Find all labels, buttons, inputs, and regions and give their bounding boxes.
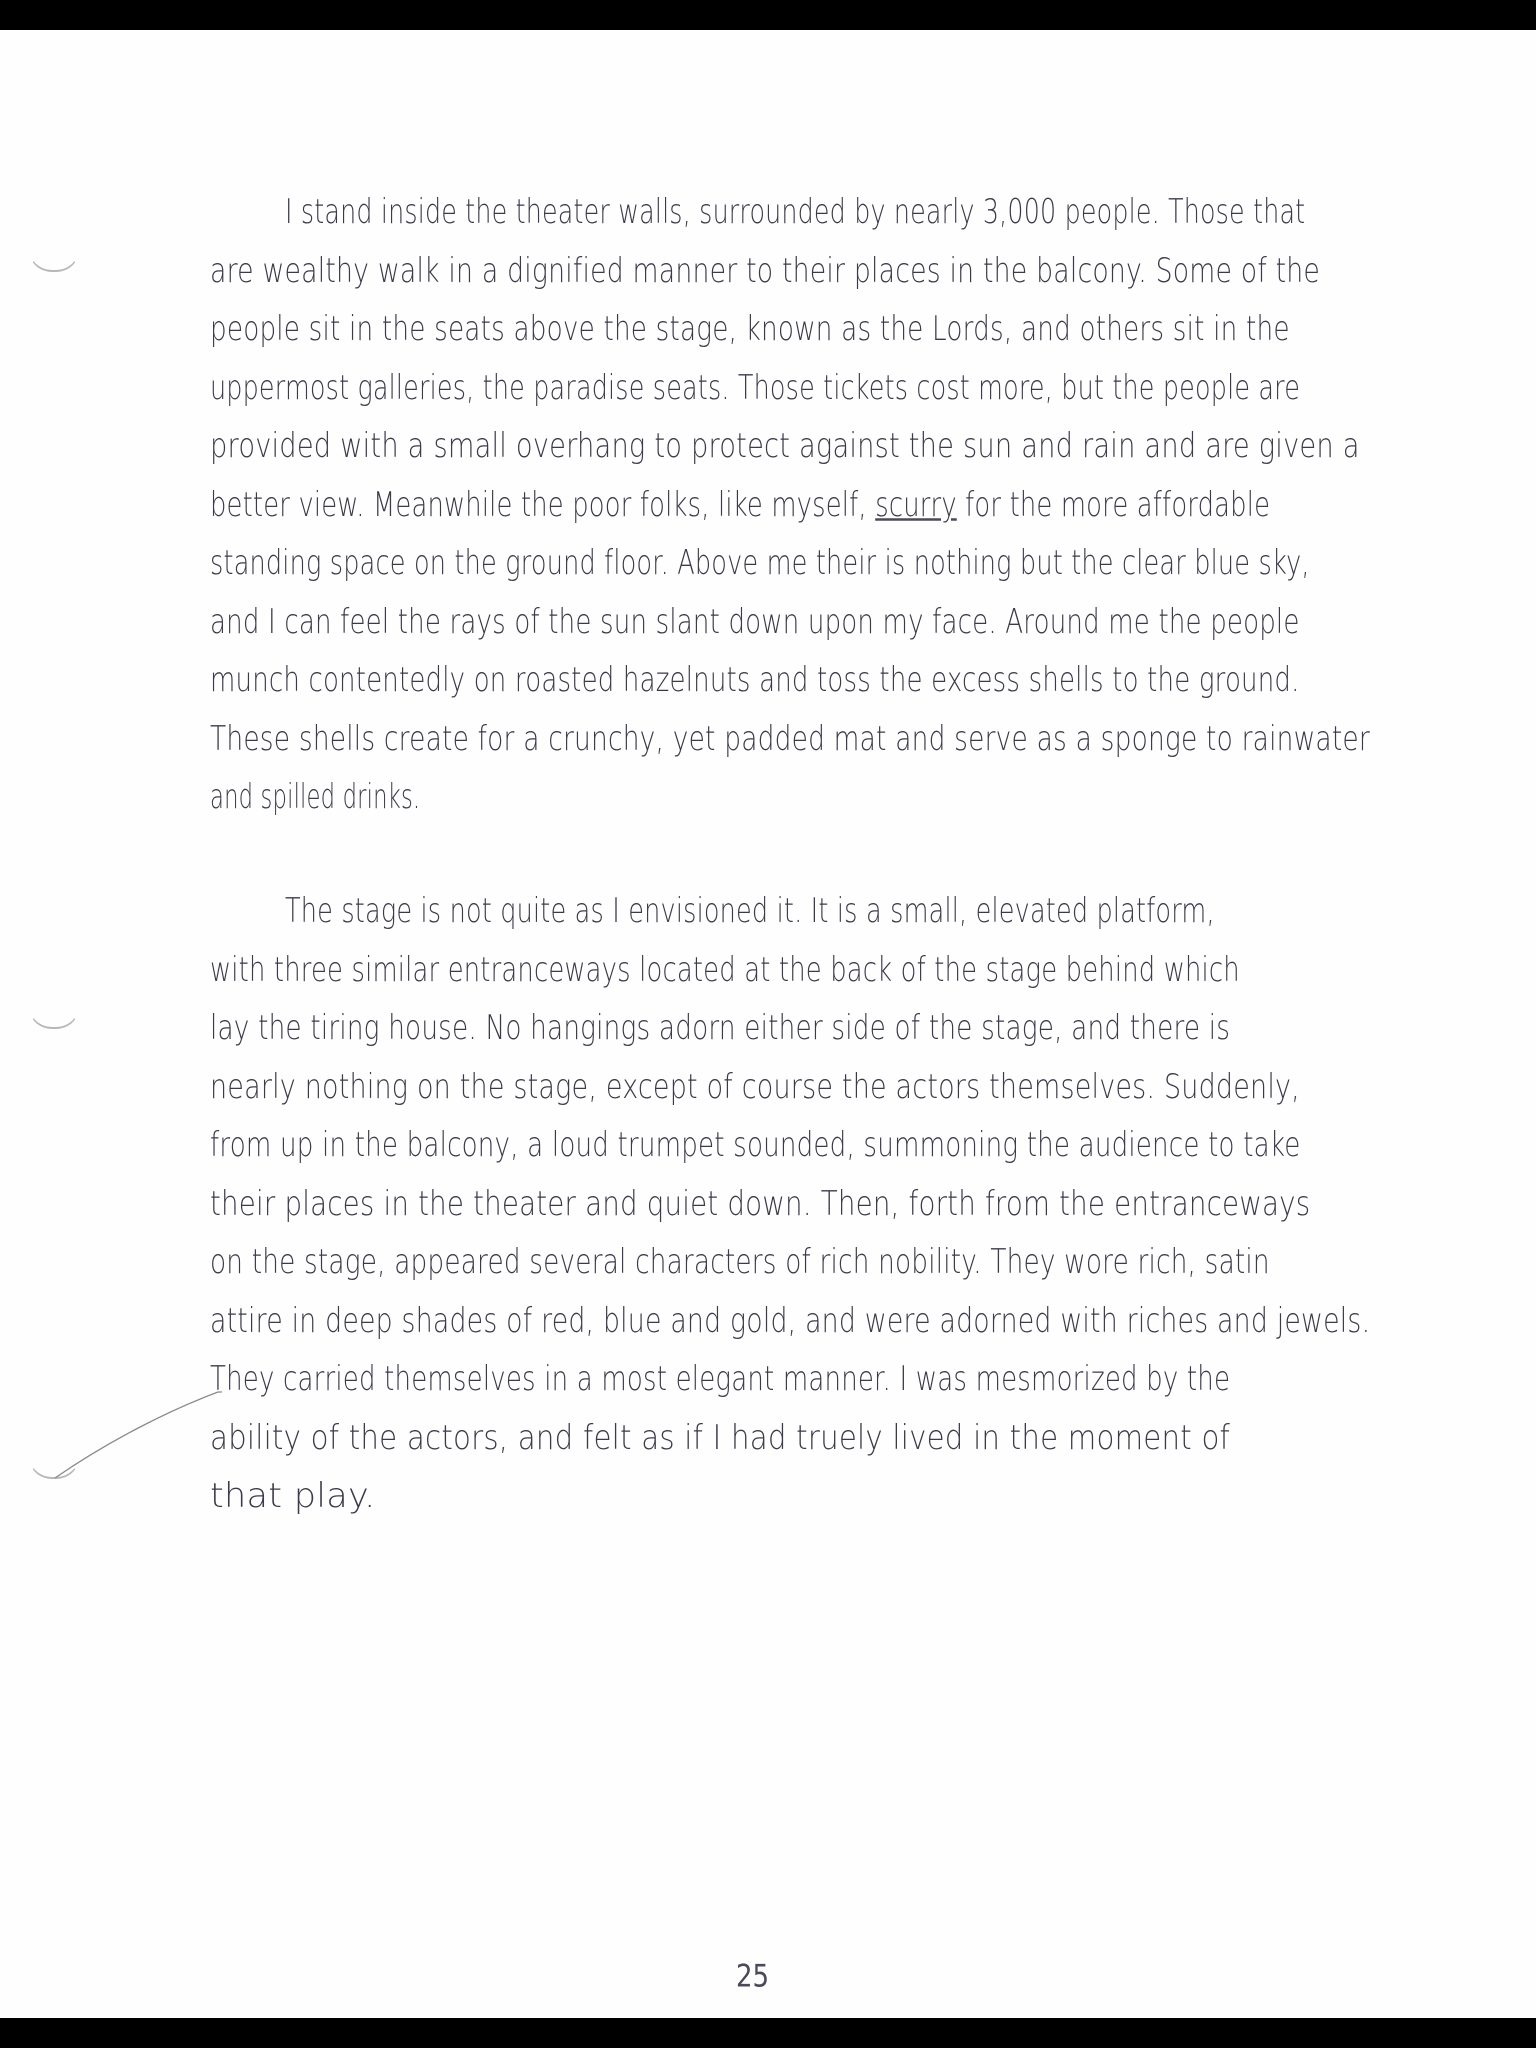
text-line: The stage is not quite as I envisioned i… (285, 894, 1215, 928)
text-line: attire in deep shades of red, blue and g… (210, 1304, 1370, 1338)
scanned-page: I stand inside the theater walls, surrou… (0, 30, 1536, 2018)
text-line: provided with a small overhang to protec… (210, 429, 1360, 463)
text-line: people sit in the seats above the stage,… (210, 312, 1290, 346)
text-line: munch contentedly on roasted hazelnuts a… (210, 663, 1300, 697)
text-line: from up in the balcony, a loud trumpet s… (210, 1128, 1300, 1162)
text-line: I stand inside the theater walls, surrou… (285, 195, 1305, 229)
text-line: uppermost galleries, the paradise seats.… (210, 371, 1300, 405)
page-number: 25 (736, 1959, 769, 1995)
text-line: are wealthy walk in a dignified manner t… (210, 254, 1320, 288)
text-line: better view. Meanwhile the poor folks, l… (210, 488, 1270, 522)
hole-punch-mark (28, 248, 80, 272)
text-line: ability of the actors, and felt as if I … (210, 1421, 1230, 1455)
hole-punch-mark (28, 1455, 80, 1479)
hole-punch-mark (28, 1005, 80, 1029)
text-line: standing space on the ground floor. Abov… (210, 546, 1310, 580)
text-line: They carried themselves in a most elegan… (210, 1362, 1230, 1396)
text-line: lay the tiring house. No hangings adorn … (210, 1011, 1230, 1045)
text-line: These shells create for a crunchy, yet p… (210, 722, 1370, 756)
text-line: with three similar entranceways located … (210, 953, 1240, 987)
text-line: on the stage, appeared several character… (210, 1245, 1270, 1279)
text-line: and I can feel the rays of the sun slant… (210, 605, 1300, 639)
text-line: their places in the theater and quiet do… (210, 1187, 1310, 1221)
text-line: that play. (210, 1479, 376, 1513)
text-line: nearly nothing on the stage, except of c… (210, 1070, 1300, 1104)
text-line: and spilled drinks. (210, 780, 420, 814)
underlined-word: scurry (875, 485, 957, 524)
